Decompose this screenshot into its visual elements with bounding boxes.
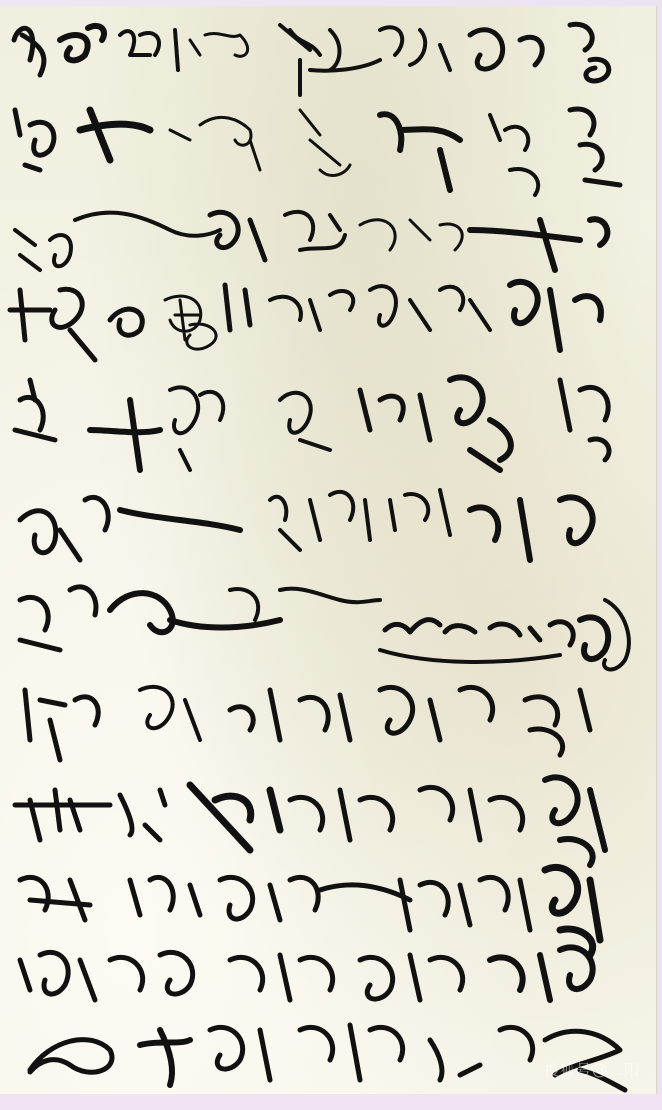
- photo-frame: 搜狐号@…阳: [0, 0, 662, 1110]
- watermark-text: 搜狐号@…阳: [544, 1059, 640, 1080]
- photo-border-bottom: [0, 1094, 662, 1110]
- calligraphy-ink-strokes: [0, 0, 662, 1110]
